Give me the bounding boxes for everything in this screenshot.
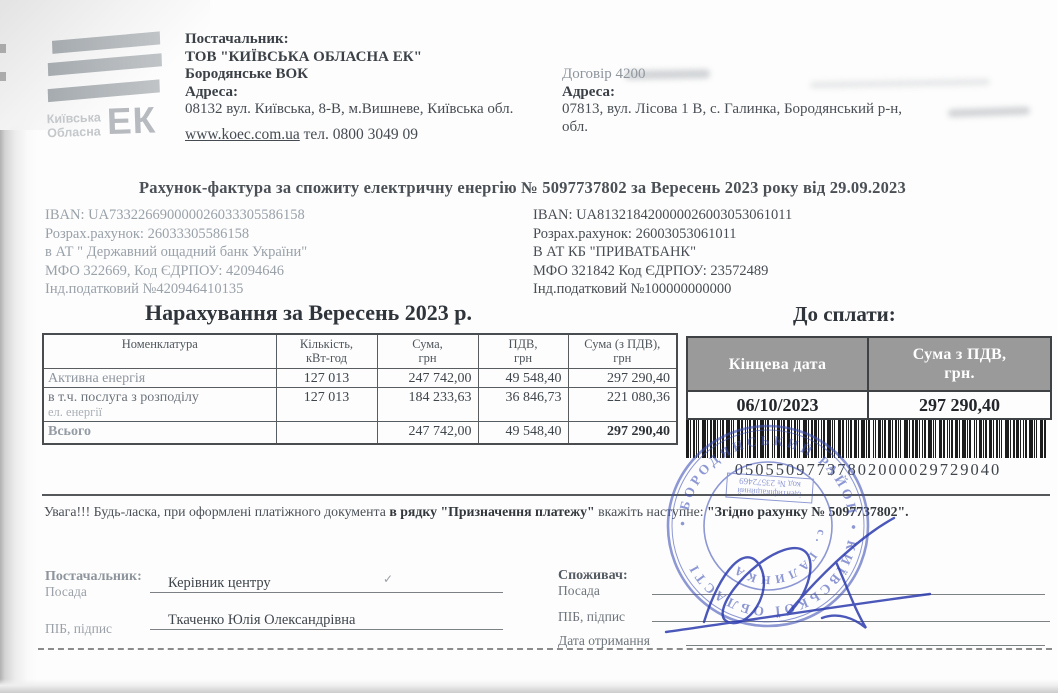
row-total: 221 080,36 [568, 388, 677, 422]
row-total: 297 290,40 [568, 369, 677, 388]
footer-consumer-name-label: ПІБ, підпис [558, 609, 625, 625]
check-mark: ✓ [383, 572, 393, 587]
supplier-position-line: Керівник центру [150, 566, 503, 593]
scan-mark [0, 72, 6, 81]
row-vat: 49 548,40 [478, 422, 568, 444]
row-quantity [276, 422, 377, 444]
row-vat: 49 548,40 [478, 369, 568, 388]
barcode-image [686, 420, 1050, 458]
logo-stripe [48, 53, 162, 76]
redaction-smudge [625, 69, 710, 79]
col-header-due-date: Кінцева дата [687, 337, 868, 391]
paper-edge-bottom [0, 679, 1058, 693]
table-row: в т.ч. послуга з розподілу ел. енергії 1… [43, 388, 677, 422]
supplier-address-label: Адреса: [185, 84, 565, 102]
supplier-name-line: Ткаченко Юлія Олександрівна [150, 600, 503, 630]
svg-text:ідентифікаційний: ідентифікаційний [737, 486, 802, 500]
footer-consumer-label: Споживач: [558, 568, 628, 584]
row-total: 297 290,40 [568, 422, 677, 444]
row-quantity: 127 013 [276, 388, 377, 422]
tax-number: Інд.податковий №420946410135 [45, 280, 525, 299]
consumer-address-2: обл. [562, 119, 1032, 137]
tax-number: Інд.податковий №100000000000 [533, 280, 1013, 299]
invoice-title: Рахунок-фактура за спожиту електричну ен… [0, 178, 1045, 198]
col-header-total: Сума (з ПДВ),грн [568, 334, 677, 369]
row-sum: 184 233,63 [377, 388, 478, 422]
date-received-line [686, 621, 1045, 646]
col-header-amount: Сума з ПДВ,грн. [868, 337, 1051, 391]
footer-consumer-position-label: Посада [558, 583, 600, 599]
account: Розрах.рахунок: 26003053061011 [533, 225, 1013, 244]
scan-mark [0, 44, 6, 53]
supplier-block: Постачальник: ТОВ "КИЇВСЬКА ОБЛАСНА ЕК" … [185, 31, 565, 143]
bank-details-privatbank: IBAN: UA813218420000026003053061011 Розр… [533, 206, 1013, 299]
payment-header-row: Кінцева дата Сума з ПДВ,грн. [687, 337, 1051, 391]
bank-details-oschadbank: IBAN: UA733226690000026033305586158 Розр… [45, 206, 525, 299]
col-header-nomenclature: Номенклатура [43, 334, 276, 369]
consumer-address-label: Адреса: [562, 84, 1032, 102]
payment-table: Кінцева дата Сума з ПДВ,грн. 06/10/2023 … [686, 336, 1052, 420]
charges-table: Номенклатура Кількість,кВт-год Сума,грн … [42, 333, 678, 445]
row-quantity: 127 013 [276, 369, 377, 388]
invoice-scan: Київська Обласна ЕК Постачальник: ТОВ "К… [0, 0, 1058, 693]
consumer-position-line [652, 569, 1045, 595]
table-row: Активна енергія 127 013 247 742,00 49 54… [43, 369, 677, 388]
bank-name: В АТ КБ "ПРИВАТБАНК" [533, 243, 1013, 262]
col-header-sum: Сума,грн [377, 334, 478, 369]
row-sum: 247 742,00 [377, 422, 478, 444]
iban: IBAN: UA733226690000026033305586158 [45, 206, 525, 225]
table-row-total: Всього 247 742,00 49 548,40 297 290,40 [43, 422, 677, 444]
consumer-name-line [652, 596, 1050, 622]
mfo-edrpou: МФО 322669, Код ЄДРПОУ: 42094646 [45, 262, 525, 281]
charges-section-title: Нарахування за Вересень 2023 р. [145, 300, 472, 326]
divider-line [42, 494, 1050, 496]
supplier-label: Постачальник: [185, 31, 565, 49]
supplier-branch: Бородянське ВОК [185, 66, 565, 84]
row-sum: 247 742,00 [377, 369, 478, 388]
row-label: в т.ч. послуга з розподілу ел. енергії [43, 388, 276, 422]
charges-header-row: Номенклатура Кількість,кВт-год Сума,грн … [43, 334, 677, 369]
footer-position-label: Посада [45, 584, 87, 600]
col-header-vat: ПДВ,грн [478, 334, 568, 369]
footer-date-label: Дата отримання [558, 633, 650, 649]
supplier-phone: тел. 0800 3049 09 [304, 126, 418, 143]
row-vat: 36 846,73 [478, 388, 568, 422]
barcode-block: 05055097737802000029729040 [686, 420, 1050, 480]
logo-mark: ЕК [106, 104, 156, 138]
due-date-value: 06/10/2023 [687, 391, 868, 419]
mfo-edrpou: МФО 321842 Код ЄДРПОУ: 23572489 [533, 262, 1013, 281]
amount-value: 297 290,40 [868, 391, 1051, 419]
supplier-position-value: Керівник центру [168, 575, 271, 592]
contract-label: Договір [562, 66, 612, 82]
col-header-quantity: Кількість,кВт-год [276, 334, 377, 369]
bank-name: в АТ " Державний ощадний банк України" [45, 243, 525, 262]
supplier-website-link[interactable]: www.koec.com.ua [185, 126, 300, 143]
supplier-name: ТОВ "КИЇВСЬКА ОБЛАСНА ЕК" [185, 49, 565, 67]
account: Розрах.рахунок: 26033305586158 [45, 225, 525, 244]
row-label: Всього [43, 422, 276, 444]
supplier-name-value: Ткаченко Юлія Олександрівна [168, 612, 355, 629]
payment-section-title: До сплати: [793, 302, 896, 327]
payment-purpose-note: Увага!!! Будь-ласка, при оформлені платі… [44, 502, 1034, 522]
row-label: Активна енергія [43, 369, 276, 388]
logo-text: Київська Обласна [46, 110, 101, 140]
company-logo: Київська Обласна ЕК [44, 34, 178, 160]
tear-off-dashed-line [38, 648, 1052, 650]
payment-value-row: 06/10/2023 297 290,40 [687, 391, 1051, 419]
supplier-address: 08132 вул. Київська, 8-В, м.Вишневе, Киї… [185, 101, 557, 119]
footer-name-label: ПІБ, підпис [45, 621, 112, 637]
barcode-number: 05055097737802000029729040 [686, 460, 1050, 480]
logo-stripe [48, 79, 160, 102]
footer-supplier-label: Постачальник: [45, 569, 142, 585]
iban: IBAN: UA813218420000026003053061011 [533, 206, 1013, 225]
